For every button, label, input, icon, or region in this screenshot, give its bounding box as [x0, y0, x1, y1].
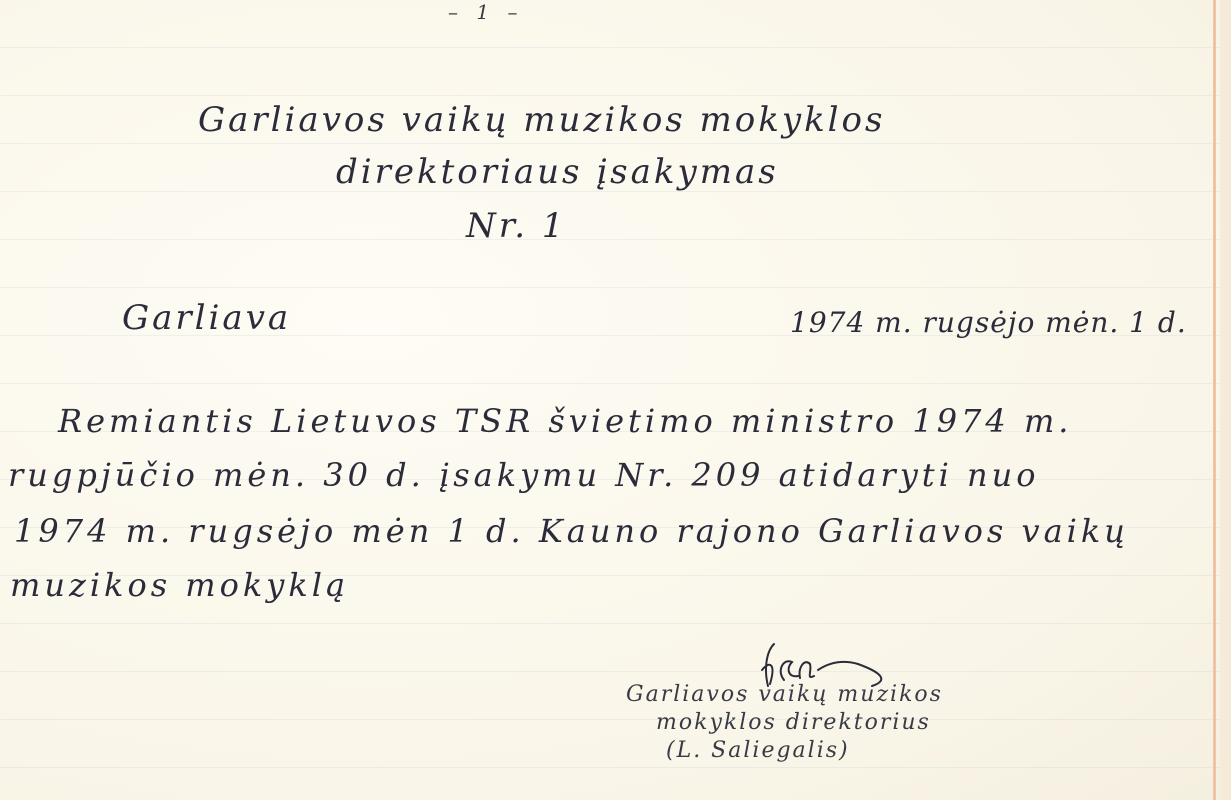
title-line-2: direktoriaus įsakymas: [336, 152, 779, 192]
margin-line: [1213, 0, 1216, 800]
body-line-2: rugpjūčio mėn. 30 d. įsakymu Nr. 209 ati…: [8, 456, 1040, 494]
page-number: – 1 –: [448, 0, 523, 24]
title-line-1: Garliavos vaikų muzikos mokyklos: [198, 100, 885, 140]
signatory-name: (L. Saliegalis): [666, 738, 850, 763]
signature-title-line-2: mokyklos direktorius: [656, 710, 931, 735]
body-line-3: 1974 m. rugsėjo mėn 1 d. Kauno rajono Ga…: [14, 512, 1129, 550]
date: 1974 m. rugsėjo mėn. 1 d.: [790, 306, 1187, 339]
place: Garliava: [122, 298, 291, 338]
body-line-1: Remiantis Lietuvos TSR švietimo ministro…: [58, 402, 1072, 440]
order-number: Nr. 1: [466, 206, 567, 246]
signature-title-line-1: Garliavos vaikų muzikos: [626, 682, 943, 707]
body-line-4: muzikos mokyklą: [10, 566, 349, 604]
page-edge: [1220, 0, 1231, 800]
